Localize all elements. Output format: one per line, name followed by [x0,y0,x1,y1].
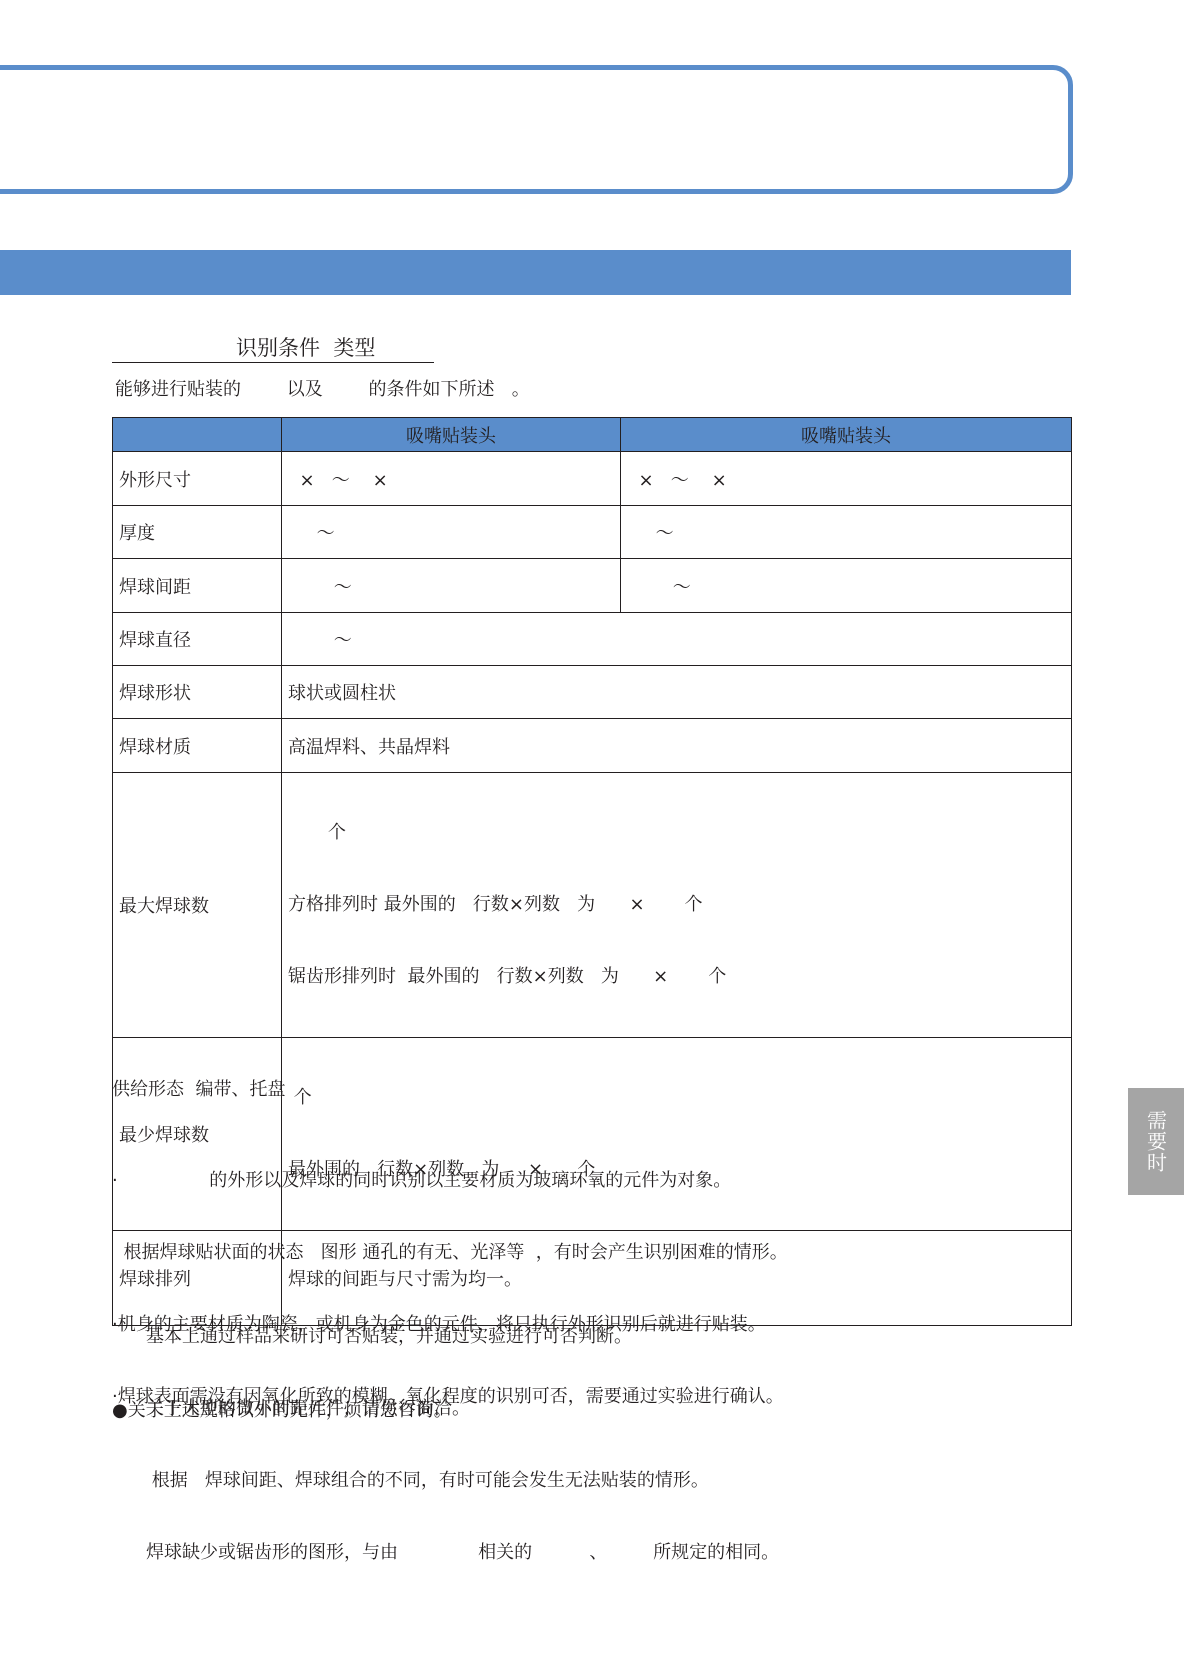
row-label: 焊球形状 [113,666,282,719]
row-value: 高温焊料、共晶焊料 [282,719,1072,773]
row-value: 球状或圆柱状 [282,666,1072,719]
row-value-line: 个 [288,1086,1065,1110]
row-value-col2: ～ [621,506,1072,559]
title-box [0,65,1073,194]
side-tab-index[interactable]: 需要时 [1128,1088,1184,1195]
row-value: ～ [282,613,1072,666]
row-label: 厚度 [113,506,282,559]
intro-text: 能够进行贴装的 以及 的条件如下所述 。 [115,378,530,402]
final-note: ●关于上述规格以外的元件，烦请您咨询。 [112,1396,452,1422]
note-item: 焊球缺少或锯齿形的图形，与由 相关的 、 所规定的相同。 [146,1541,779,1565]
table-row: 焊球直径 ～ [113,613,1072,666]
header-col2: 吸嘴贴装头 [621,418,1072,452]
section-header-bar [0,250,1071,295]
secondary-notes-list: 基本上通过样品来研讨可否贴装，并通过实验进行可否判断。 关于大型的微小间距元件，… [146,1277,779,1589]
row-value-col1: × ～ × [282,452,621,506]
note-item: 根据 焊球间距、焊球组合的不同，有时可能会发生无法贴装的情形。 [146,1469,779,1493]
supply-form-text: 供给形态 编带、托盘 [112,1075,285,1101]
table-header-row: 吸嘴贴装头 吸嘴贴装头 [113,418,1072,452]
row-label: 最大焊球数 [113,773,282,1038]
row-value-col2: × ～ × [621,452,1072,506]
table-row: 厚度 ～ ～ [113,506,1072,559]
row-label: 焊球直径 [113,613,282,666]
row-value-col2: ～ [621,559,1072,613]
section-subheading: 识别条件 类型 [112,335,434,363]
note-item: 根据焊球贴状面的状态 图形 通孔的有无、光泽等 ，有时会产生识别困难的情形。 [112,1241,788,1265]
table-row: 焊球形状 球状或圆柱状 [113,666,1072,719]
subheading-text: 识别条件 类型 [236,335,375,361]
row-label: 焊球间距 [113,559,282,613]
note-item: · 的外形以及焊球的同时识别以主要材质为玻璃环氧的元件为对象。 [112,1169,788,1193]
table-row: 外形尺寸 × ～ × × ～ × [113,452,1072,506]
row-label: 焊球材质 [113,719,282,773]
row-value-col1: ～ [282,506,621,559]
side-tab-label: 需要时 [1142,1110,1171,1173]
row-value-line: 锯齿形排列时 最外围的 行数×列数 为 × 个 [288,965,1065,989]
row-value: 个 方格排列时 最外围的 行数×列数 为 × 个 锯齿形排列时 最外围的 行数×… [282,773,1072,1038]
row-value-col1: ～ [282,559,621,613]
row-label: 外形尺寸 [113,452,282,506]
header-blank [113,418,282,452]
header-col1: 吸嘴贴装头 [282,418,621,452]
note-item: 基本上通过样品来研讨可否贴装，并通过实验进行可否判断。 [146,1325,779,1349]
table-row: 最大焊球数 个 方格排列时 最外围的 行数×列数 为 × 个 锯齿形排列时 最外… [113,773,1072,1038]
table-row: 焊球间距 ～ ～ [113,559,1072,613]
row-value-line: 方格排列时 最外围的 行数×列数 为 × 个 [288,893,1065,917]
row-value-line: 个 [288,821,1065,845]
table-row: 焊球材质 高温焊料、共晶焊料 [113,719,1072,773]
